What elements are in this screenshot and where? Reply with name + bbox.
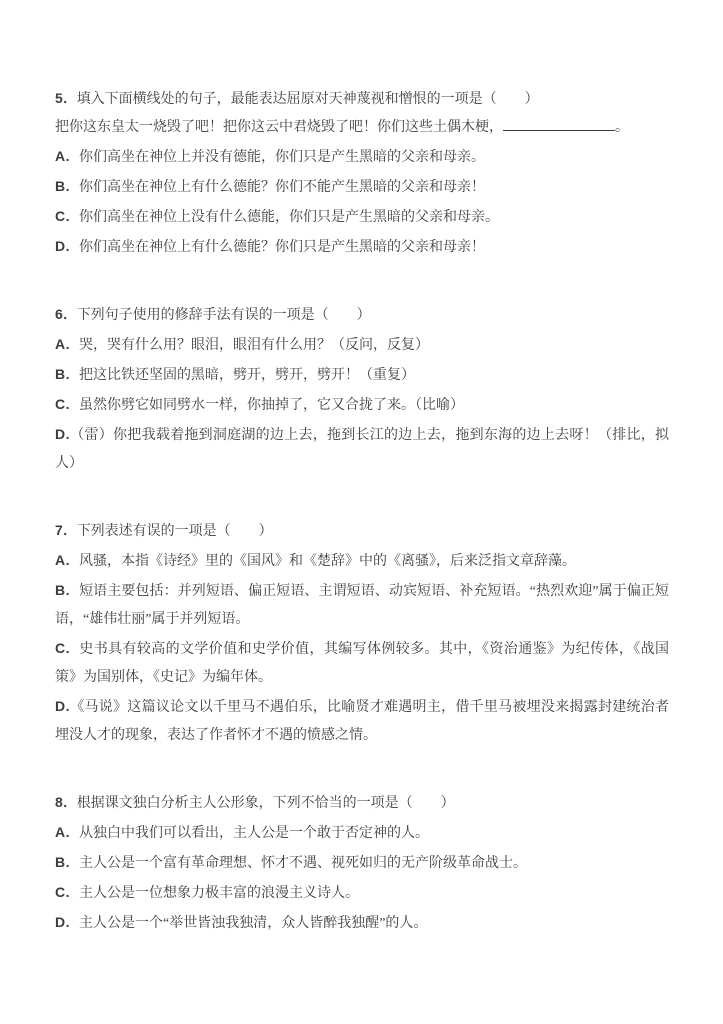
option-a-label: A. (55, 336, 70, 352)
question-5-option-d: D.你们高坐在神位上有什么德能？你们只是产生黑暗的父亲和母亲！ (55, 232, 669, 262)
option-a-text: 哭，哭有什么用？眼泪，眼泪有什么用？（反问，反复） (79, 338, 429, 353)
option-a-text: 从独白中我们可以看出，主人公是一个敢于否定神的人。 (79, 826, 429, 841)
question-8: 8.根据课文独白分析主人公形象，下列不恰当的一项是（ ） A.从独白中我们可以看… (55, 788, 669, 938)
question-7-option-a: A.风骚，本指《诗经》里的《国风》和《楚辞》中的《离骚》，后来泛指文章辞藻。 (55, 546, 669, 576)
exam-page: 5.填入下面横线处的句子，最能表达屈原对天神蔑视和憎恨的一项是（ ） 把你这东皇… (0, 0, 723, 1024)
answer-blank-line (503, 127, 615, 131)
question-7-stem-text: 下列表述有误的一项是（ ） (77, 524, 273, 539)
question-8-stem: 8.根据课文独白分析主人公形象，下列不恰当的一项是（ ） (55, 788, 669, 818)
option-a-text: 你们高坐在神位上并没有德能，你们只是产生黑暗的父亲和母亲。 (79, 150, 485, 165)
question-8-number: 8. (55, 794, 68, 810)
option-d-label: D. (55, 426, 70, 442)
question-6: 6.下列句子使用的修辞手法有误的一项是（ ） A.哭，哭有什么用？眼泪，眼泪有什… (55, 300, 669, 478)
option-a-text: 风骚，本指《诗经》里的《国风》和《楚辞》中的《离骚》，后来泛指文章辞藻。 (79, 554, 576, 569)
option-c-label: C. (55, 884, 70, 900)
question-5-option-c: C.你们高坐在神位上没有什么德能，你们只是产生黑暗的父亲和母亲。 (55, 202, 669, 232)
option-b-text: 主人公是一个富有革命理想、怀才不遇、视死如归的无产阶级革命战士。 (79, 856, 527, 871)
option-c-text: 虽然你劈它如同劈水一样，你抽掉了，它又合拢了来。（比喻） (79, 398, 464, 413)
question-5-number: 5. (55, 90, 68, 106)
option-d-label: D. (55, 238, 70, 254)
question-6-number: 6. (55, 306, 68, 322)
question-8-option-b: B.主人公是一个富有革命理想、怀才不遇、视死如归的无产阶级革命战士。 (55, 848, 669, 878)
question-6-option-d: D.（雷）你把我载着拖到洞庭湖的边上去，拖到长江的边上去，拖到东海的边上去呀！（… (55, 420, 669, 478)
option-d-text: 主人公是一个“举世皆浊我独清，众人皆醉我独醒”的人。 (79, 916, 427, 931)
question-5-lead: 把你这东皇太一烧毁了吧！把你这云中君烧毁了吧！你们这些土偶木梗，。 (55, 114, 669, 142)
question-7-stem: 7.下列表述有误的一项是（ ） (55, 516, 669, 546)
option-d-text: （雷）你把我载着拖到洞庭湖的边上去，拖到长江的边上去，拖到东海的边上去呀！（排比… (55, 428, 669, 471)
option-c-label: C. (55, 396, 70, 412)
question-5-option-a: A.你们高坐在神位上并没有德能，你们只是产生黑暗的父亲和母亲。 (55, 142, 669, 172)
option-b-label: B. (55, 854, 70, 870)
question-5-lead-text: 把你这东皇太一烧毁了吧！把你这云中君烧毁了吧！你们这些土偶木梗， (55, 120, 503, 135)
question-6-option-a: A.哭，哭有什么用？眼泪，眼泪有什么用？（反问，反复） (55, 330, 669, 360)
option-c-text: 你们高坐在神位上没有什么德能，你们只是产生黑暗的父亲和母亲。 (79, 210, 499, 225)
question-7-option-d: D.《马说》这篇议论文以千里马不遇伯乐，比喻贤才难遇明主，借千里马被埋没来揭露封… (55, 692, 669, 750)
question-5: 5.填入下面横线处的句子，最能表达屈原对天神蔑视和憎恨的一项是（ ） 把你这东皇… (55, 84, 669, 262)
option-b-label: B. (55, 366, 70, 382)
option-d-label: D. (55, 914, 70, 930)
question-7-option-c: C.史书具有较高的文学价值和史学价值，其编写体例较多。其中，《资治通鉴》为纪传体… (55, 634, 669, 692)
option-d-text: 《马说》这篇议论文以千里马不遇伯乐，比喻贤才难遇明主，借千里马被埋没来揭露封建统… (55, 700, 669, 743)
option-d-label: D. (55, 698, 70, 714)
option-a-label: A. (55, 148, 70, 164)
question-6-option-c: C.虽然你劈它如同劈水一样，你抽掉了，它又合拢了来。（比喻） (55, 390, 669, 420)
option-b-label: B. (55, 582, 70, 598)
question-8-option-a: A.从独白中我们可以看出，主人公是一个敢于否定神的人。 (55, 818, 669, 848)
option-b-text: 短语主要包括：并列短语、偏正短语、主谓短语、动宾短语、补充短语。“热烈欢迎”属于… (55, 584, 669, 627)
question-5-stem-text: 填入下面横线处的句子，最能表达屈原对天神蔑视和憎恨的一项是（ ） (77, 92, 539, 107)
question-7-option-b: B.短语主要包括：并列短语、偏正短语、主谓短语、动宾短语、补充短语。“热烈欢迎”… (55, 576, 669, 634)
question-8-option-c: C.主人公是一位想象力极丰富的浪漫主义诗人。 (55, 878, 669, 908)
question-5-stem: 5.填入下面横线处的句子，最能表达屈原对天神蔑视和憎恨的一项是（ ） (55, 84, 669, 114)
question-6-stem-text: 下列句子使用的修辞手法有误的一项是（ ） (77, 308, 371, 323)
question-7: 7.下列表述有误的一项是（ ） A.风骚，本指《诗经》里的《国风》和《楚辞》中的… (55, 516, 669, 750)
option-c-text: 主人公是一位想象力极丰富的浪漫主义诗人。 (79, 886, 359, 901)
option-b-text: 把这比铁还坚固的黑暗，劈开，劈开，劈开！（重复） (79, 368, 415, 383)
option-d-text: 你们高坐在神位上有什么德能？你们只是产生黑暗的父亲和母亲！ (79, 240, 485, 255)
question-8-option-d: D.主人公是一个“举世皆浊我独清，众人皆醉我独醒”的人。 (55, 908, 669, 938)
option-a-label: A. (55, 824, 70, 840)
question-5-option-b: B.你们高坐在神位上有什么德能？你们不能产生黑暗的父亲和母亲！ (55, 172, 669, 202)
question-6-option-b: B.把这比铁还坚固的黑暗，劈开，劈开，劈开！（重复） (55, 360, 669, 390)
option-b-text: 你们高坐在神位上有什么德能？你们不能产生黑暗的父亲和母亲！ (79, 180, 485, 195)
question-7-number: 7. (55, 522, 68, 538)
option-a-label: A. (55, 552, 70, 568)
question-8-stem-text: 根据课文独白分析主人公形象，下列不恰当的一项是（ ） (77, 796, 455, 811)
question-5-lead-period: 。 (615, 120, 629, 135)
option-c-text: 史书具有较高的文学价值和史学价值，其编写体例较多。其中，《资治通鉴》为纪传体，《… (55, 642, 669, 685)
option-c-label: C. (55, 640, 70, 656)
option-b-label: B. (55, 178, 70, 194)
option-c-label: C. (55, 208, 70, 224)
question-6-stem: 6.下列句子使用的修辞手法有误的一项是（ ） (55, 300, 669, 330)
